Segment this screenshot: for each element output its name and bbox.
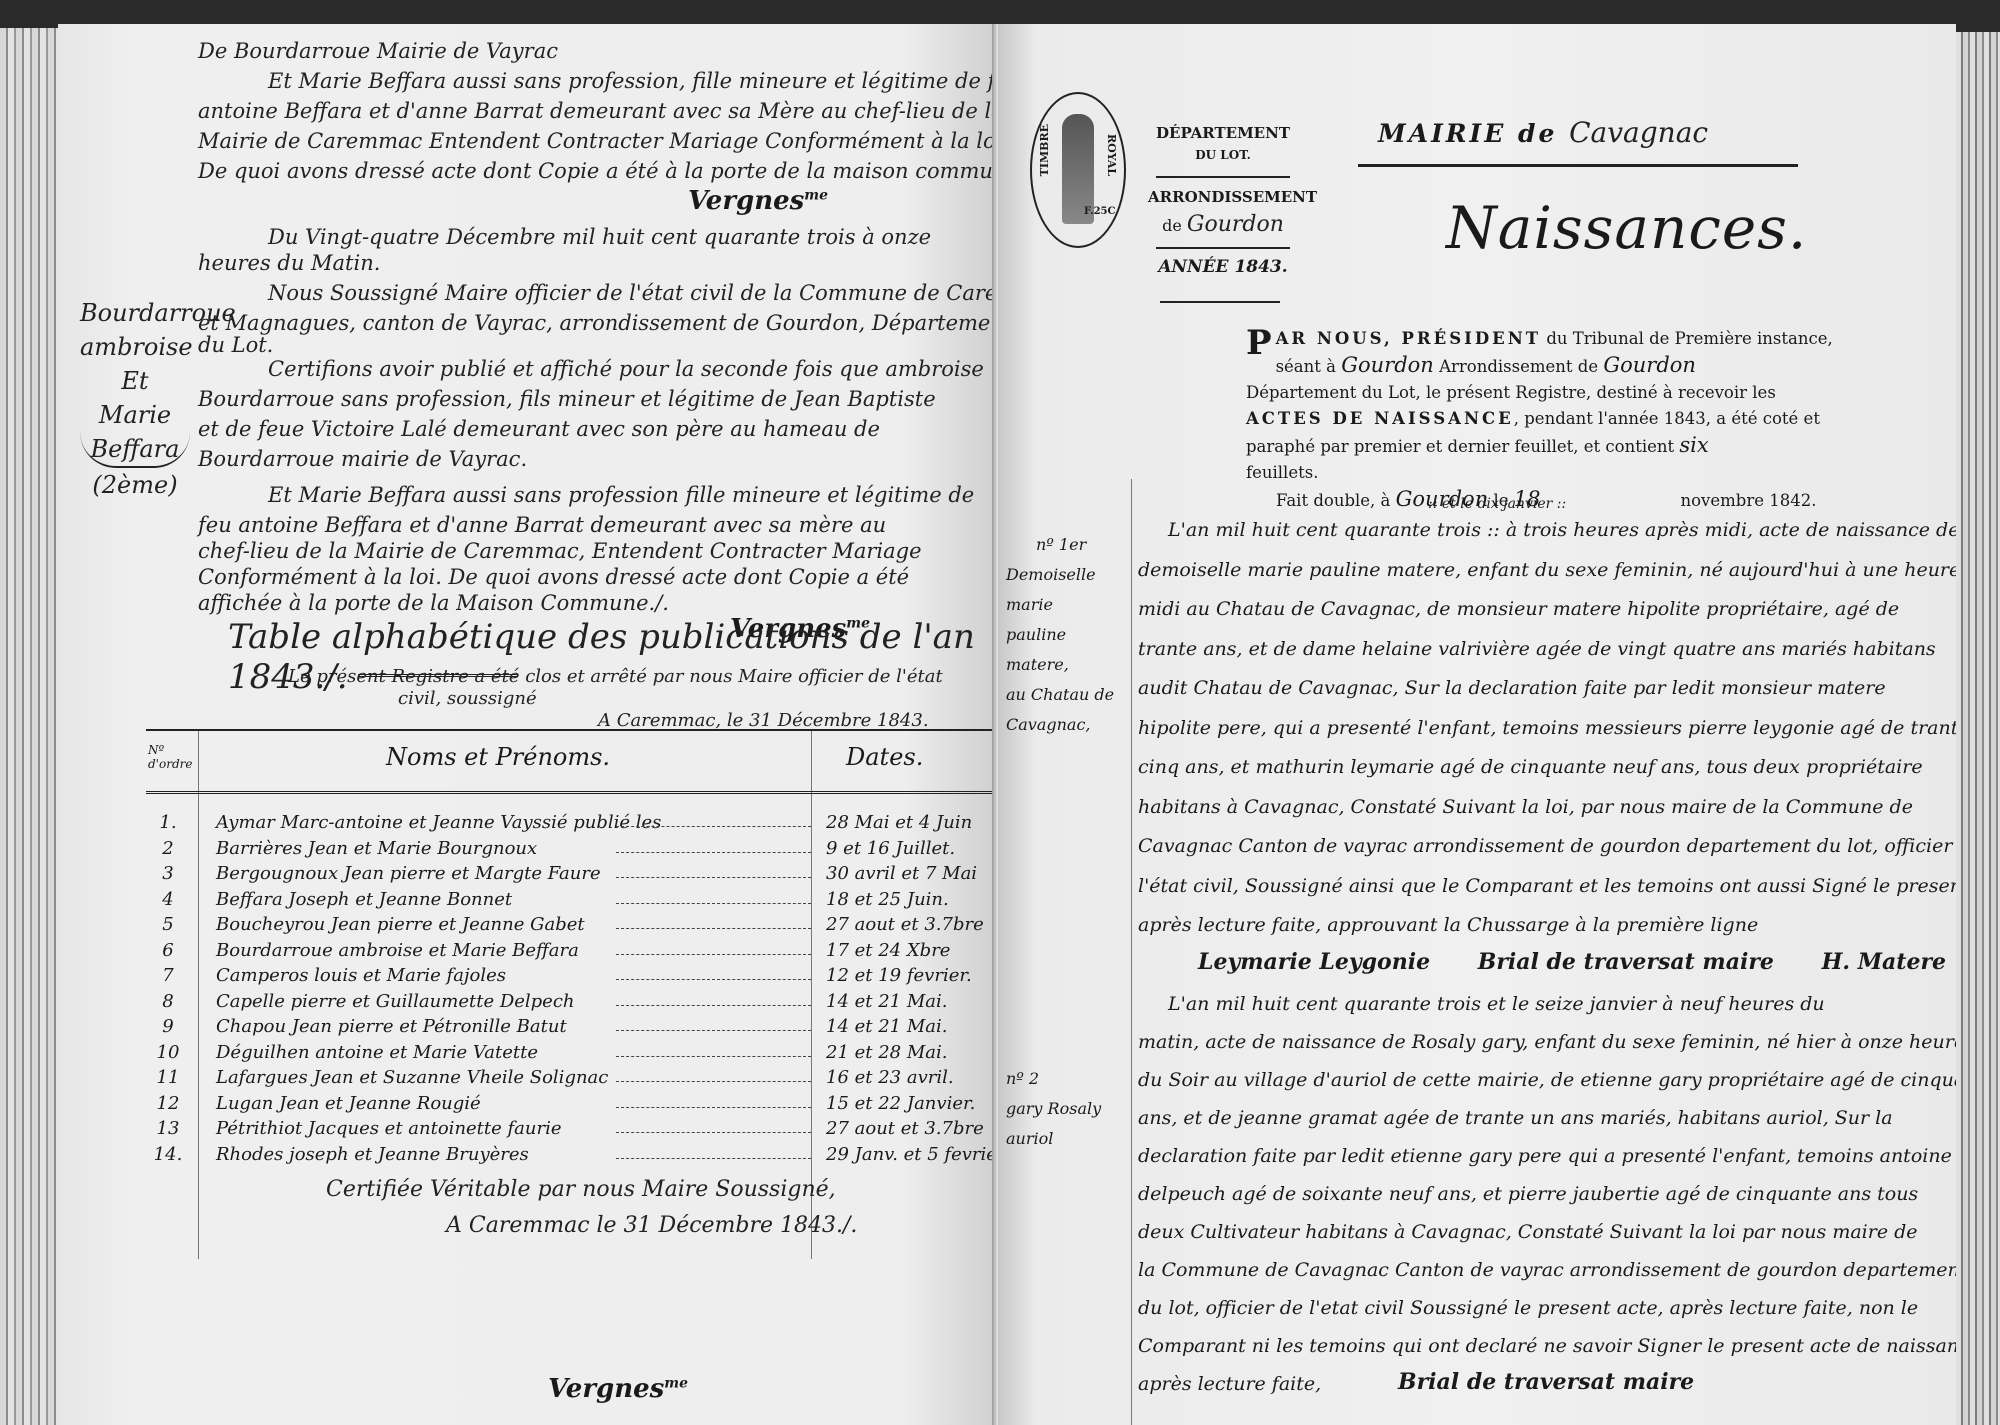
row-names: Barrières Jean et Marie Bourgnoux <box>216 838 537 859</box>
act-line: cinq ans, et mathurin leymarie agé de ci… <box>1138 747 1936 787</box>
table-row: 9Chapou Jean pierre et Pétronille Batut1… <box>146 1016 996 1042</box>
row-number: 9 <box>148 1016 188 1037</box>
row-number: 12 <box>148 1093 188 1114</box>
certification-line: Certifiée Véritable par nous Maire Souss… <box>326 1175 998 1205</box>
act-line: demoiselle marie pauline matere, enfant … <box>1138 550 1936 590</box>
text-line: De Bourdarroue Mairie de Vayrac <box>198 36 978 66</box>
table-row: 12Lugan Jean et Jeanne Rougié15 et 22 Ja… <box>146 1093 996 1119</box>
act-2-margin: nº 2 gary Rosaly auriol <box>1006 1064 1116 1154</box>
table-title: Table alphabétique des publications de l… <box>228 617 998 697</box>
row-number: 7 <box>148 965 188 986</box>
act-line: midi au Chatau de Cavagnac, de monsieur … <box>1138 589 1936 629</box>
mairie-heading: MAIRIE de Cavagnac <box>1378 116 1708 149</box>
row-names: Bergougnoux Jean pierre et Margte Faure <box>216 863 601 884</box>
left-page-edges <box>0 28 58 1425</box>
act-1-margin: nº 1er Demoiselle marie pauline matere, … <box>1006 530 1116 740</box>
commune-name: Cavagnac <box>1569 116 1708 149</box>
act-line: la Commune de Cavagnac Canton de vayrac … <box>1138 1250 1936 1290</box>
table-row: 2Barrières Jean et Marie Bourgnoux9 et 1… <box>146 838 996 864</box>
right-page: TIMBRE ROYAL F.25C DÉPARTEMENT DU LOT. A… <box>998 24 1956 1425</box>
row-dates: 28 Mai et 4 Juin <box>826 812 996 833</box>
row-dates: 9 et 16 Juillet. <box>826 838 996 859</box>
certification-date: A Caremmac le 31 Décembre 1843./. <box>446 1211 998 1241</box>
register-book: De Bourdarroue Mairie de Vayrac Et Marie… <box>0 0 2000 1425</box>
text-line: Mairie de Caremmac Entendent Contracter … <box>198 126 978 156</box>
department-block: DÉPARTEMENT DU LOT. ARRONDISSEMENT de Go… <box>1148 124 1298 277</box>
row-dates: 18 et 25 Juin. <box>826 889 996 910</box>
act-line: du lot, officier de l'etat civil Soussig… <box>1138 1288 1936 1328</box>
row-dates: 30 avril et 7 Mai <box>826 863 996 884</box>
table-row: 6Bourdarroue ambroise et Marie Beffara17… <box>146 940 996 966</box>
table-row: 5Boucheyrou Jean pierre et Jeanne Gabet2… <box>146 914 996 940</box>
text-line: heures du Matin. <box>198 248 978 278</box>
act-line: Cavagnac Canton de vayrac arrondissement… <box>1138 826 1936 866</box>
row-number: 13 <box>148 1118 188 1139</box>
text-line: antoine Beffara et d'anne Barrat demeura… <box>198 96 978 126</box>
row-names: Aymar Marc-antoine et Jeanne Vayssié pub… <box>216 812 661 833</box>
mayor-signature: Vergnesme <box>688 186 828 216</box>
text-line: Et Marie Beffara aussi sans profession, … <box>268 66 978 96</box>
act-line: trante ans, et de dame helaine valrivièr… <box>1138 629 1936 669</box>
text-line: Nous Soussigné Maire officier de l'état … <box>268 278 978 308</box>
table-row: 7Camperos louis et Marie fajoles12 et 19… <box>146 965 996 991</box>
act-line: declaration faite par ledit etienne gary… <box>1138 1136 1936 1176</box>
row-number: 2 <box>148 838 188 859</box>
arrondissement-value: Gourdon <box>1187 212 1284 237</box>
row-number: 4 <box>148 889 188 910</box>
table-row: 4Beffara Joseph et Jeanne Bonnet18 et 25… <box>146 889 996 915</box>
row-names: Capelle pierre et Guillaumette Delpech <box>216 991 575 1012</box>
act-line: delpeuch agé de soixante neuf ans, et pi… <box>1138 1174 1936 1214</box>
row-names: Déguilhen antoine et Marie Vatette <box>216 1042 538 1063</box>
row-number: 5 <box>148 914 188 935</box>
right-page-edges <box>1956 32 2000 1425</box>
row-dates: 29 Janv. et 5 fevrier <box>826 1144 996 1165</box>
row-names: Rhodes joseph et Jeanne Bruyères <box>216 1144 529 1165</box>
row-dates: 12 et 19 fevrier. <box>826 965 996 986</box>
mayor-signature: Vergnesme <box>548 1374 688 1404</box>
row-dates: 17 et 24 Xbre <box>826 940 996 961</box>
act-line: l'état civil, Soussigné ainsi que le Com… <box>1138 866 1936 906</box>
row-names: Boucheyrou Jean pierre et Jeanne Gabet <box>216 914 585 935</box>
text-line: De quoi avons dressé acte dont Copie a é… <box>198 156 978 186</box>
publications-table: Nº d'ordre Noms et Prénoms. Dates. 1.Aym… <box>146 729 996 1229</box>
row-dates: 27 aout et 3.7bre <box>826 914 996 935</box>
year-value: 1843. <box>1234 257 1287 277</box>
table-row: 1.Aymar Marc-antoine et Jeanne Vayssié p… <box>146 812 996 838</box>
row-names: Lafargues Jean et Suzanne Vheile Soligna… <box>216 1067 608 1088</box>
row-dates: 15 et 22 Janvier. <box>826 1093 996 1114</box>
royal-stamp-icon: TIMBRE ROYAL F.25C <box>1030 92 1126 248</box>
text-line: Certifions avoir publié et affiché pour … <box>268 354 978 384</box>
row-number: 8 <box>148 991 188 1012</box>
act-line: deux Cultivateur habitans à Cavagnac, Co… <box>1138 1212 1936 1252</box>
col-header-num: Nº d'ordre <box>148 743 196 771</box>
row-dates: 27 aout et 3.7bre <box>826 1118 996 1139</box>
margin-rule <box>1131 479 1132 1425</box>
margin-note: Bourdarroue ambroise Et Marie Beffara (2… <box>80 296 190 502</box>
text-line: Bourdarroue sans profession, fils mineur… <box>198 384 978 414</box>
row-number: 6 <box>148 940 188 961</box>
row-number: 1. <box>148 812 188 833</box>
act-line: hipolite pere, qui a presenté l'enfant, … <box>1138 708 1936 748</box>
act-line: L'an mil huit cent quarante trois et le … <box>1168 984 1936 1024</box>
act-line: du Soir au village d'auriol de cette mai… <box>1138 1060 1936 1100</box>
row-names: Pétrithiot Jacques et antoinette faurie <box>216 1118 562 1139</box>
row-dates: 14 et 21 Mai. <box>826 1016 996 1037</box>
row-names: Camperos louis et Marie fajoles <box>216 965 506 986</box>
row-dates: 14 et 21 Mai. <box>826 991 996 1012</box>
table-body: 1.Aymar Marc-antoine et Jeanne Vayssié p… <box>146 812 996 1169</box>
row-number: 14. <box>148 1144 188 1165</box>
row-dates: 21 et 28 Mai. <box>826 1042 996 1063</box>
title-underline <box>358 674 518 677</box>
row-names: Beffara Joseph et Jeanne Bonnet <box>216 889 512 910</box>
act-line: ans, et de jeanne gramat agée de trante … <box>1138 1098 1936 1138</box>
table-header: Nº d'ordre Noms et Prénoms. Dates. <box>146 729 996 794</box>
act-line: Comparant ni les temoins qui ont declaré… <box>1138 1326 1936 1366</box>
text-line: et de feue Victoire Lalé demeurant avec … <box>198 414 978 444</box>
row-names: Chapou Jean pierre et Pétronille Batut <box>216 1016 567 1037</box>
register-title: Naissances. <box>1446 194 1807 262</box>
row-names: Bourdarroue ambroise et Marie Beffara <box>216 940 579 961</box>
col-header-dates: Dates. <box>846 743 923 771</box>
act-line: matin, acte de naissance de Rosaly gary,… <box>1138 1022 1936 1062</box>
row-names: Lugan Jean et Jeanne Rougié <box>216 1093 481 1114</box>
table-row: 8Capelle pierre et Guillaumette Delpech1… <box>146 991 996 1017</box>
text-line: Et Marie Beffara aussi sans profession f… <box>268 480 978 510</box>
act-2-signature: Brial de traversat maire <box>1398 1362 1936 1402</box>
act-line: après lecture faite, approuvant la Chuss… <box>1138 905 1936 945</box>
act-line: habitans à Cavagnac, Constaté Suivant la… <box>1138 787 1936 827</box>
table-row: 13Pétrithiot Jacques et antoinette fauri… <box>146 1118 996 1144</box>
act-1-signatures: Leymarie Leygonie Brial de traversat mai… <box>1198 942 1936 982</box>
table-row: 14.Rhodes joseph et Jeanne Bruyères29 Ja… <box>146 1144 996 1170</box>
act-line: L'an mil huit cent quarante trois :: à t… <box>1168 510 1936 550</box>
row-number: 3 <box>148 863 188 884</box>
table-row: 10Déguilhen antoine et Marie Vatette21 e… <box>146 1042 996 1068</box>
row-number: 10 <box>148 1042 188 1063</box>
left-page: De Bourdarroue Mairie de Vayrac Et Marie… <box>58 24 998 1425</box>
row-dates: 16 et 23 avril. <box>826 1067 996 1088</box>
register-preamble: PAR NOUS, PRÉSIDENT du Tribunal de Premi… <box>1246 326 1926 514</box>
col-header-names: Noms et Prénoms. <box>386 743 610 771</box>
table-row: 3Bergougnoux Jean pierre et Margte Faure… <box>146 863 996 889</box>
act-line: audit Chatau de Cavagnac, Sur la declara… <box>1138 668 1936 708</box>
table-row: 11Lafargues Jean et Suzanne Vheile Solig… <box>146 1067 996 1093</box>
row-number: 11 <box>148 1067 188 1088</box>
text-line: Bourdarroue mairie de Vayrac. <box>198 444 978 474</box>
heading-rule <box>1358 164 1798 167</box>
